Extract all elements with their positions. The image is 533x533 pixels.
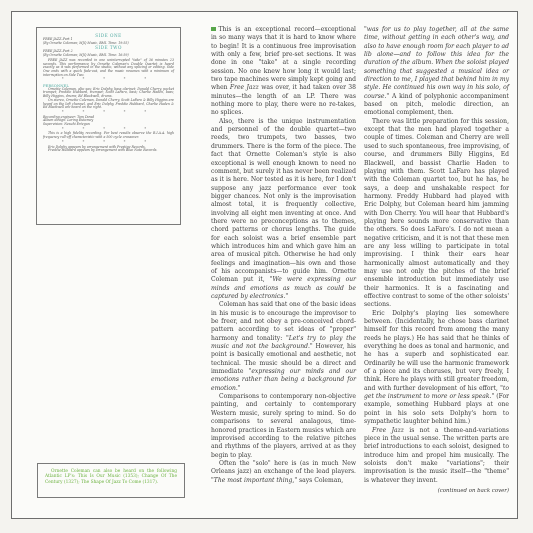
square-bullet-icon [211,27,216,32]
separator: * * * * * [43,78,174,82]
paragraph: Coleman has said that one of the basic i… [211,301,356,393]
paragraph: Free Jazz is not a theme-and-variations … [364,427,509,485]
paragraph: This is an exceptional record—exceptiona… [211,26,356,118]
paragraph: Comparisons to contemporary non-objectiv… [211,393,356,460]
recording-note: FREE JAZZ was recorded in one uninterrup… [43,59,174,78]
paragraph: "was for us to play together, all at the… [364,26,509,118]
liner-notes-column-1: This is an exceptional record—exceptiona… [211,26,356,485]
also-available-text: Ornette Coleman can also be heard on the… [45,469,177,485]
stereo-note: On stereo, Ornette Coleman, Donald Cherr… [43,99,174,110]
hubbard-note: Freddie Hubbard appears by arrangement w… [43,149,174,153]
also-available-box: Ornette Coleman can also be heard on the… [37,463,185,498]
fidelity-note: This is a high fidelity recording. For b… [43,132,174,139]
paragraph: There was little preparation for this se… [364,118,509,310]
continued-note: (continued on back cover) [364,487,509,495]
liner-notes-column-2: "was for us to play together, all at the… [364,26,509,495]
paragraph: Also, there is the unique instrumentatio… [211,118,356,302]
paragraph: Often the "solo" here is (as in much New… [211,460,356,485]
paragraph: Eric Dolphy's playing lies somewhere bet… [364,310,509,427]
credits-box: SIDE ONE FREE JAZZ–Part 1 (By Ornette Co… [36,27,181,225]
